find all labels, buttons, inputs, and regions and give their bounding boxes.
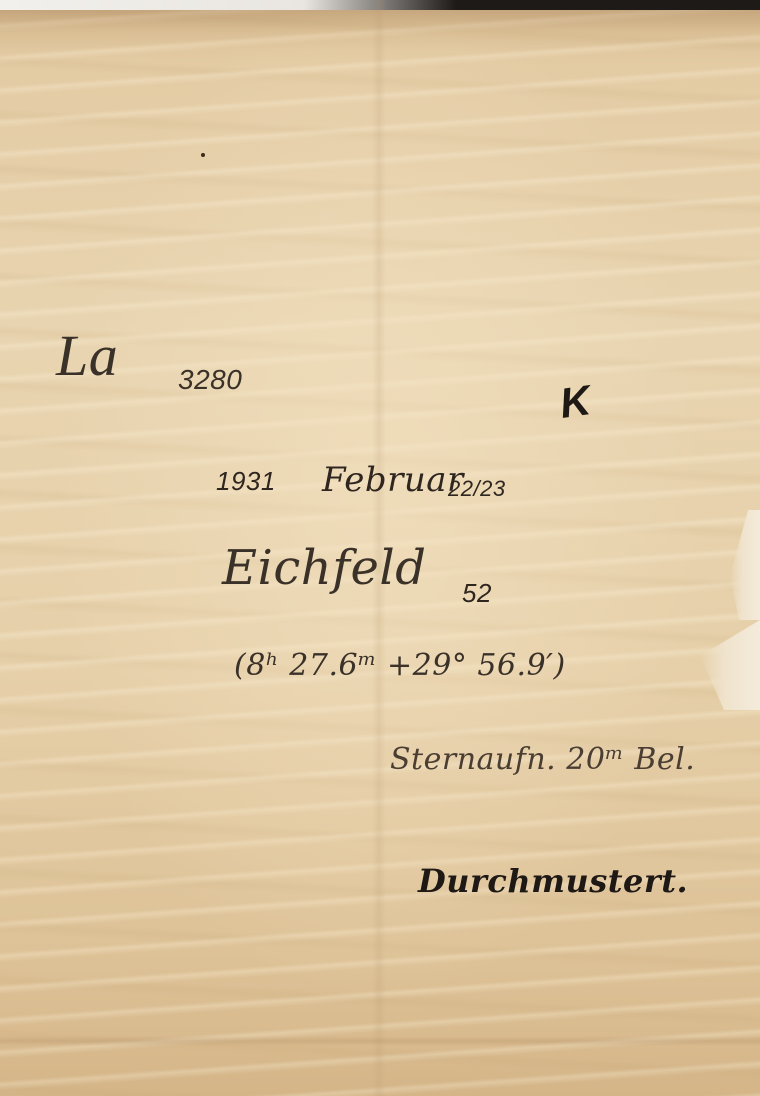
object-zone: 52 (462, 578, 492, 609)
status-note: Durchmustert. (418, 862, 688, 900)
torn-edge-lower (700, 620, 760, 710)
catalog-prefix: La (56, 322, 118, 389)
ink-speck (201, 153, 205, 157)
object-name: Eichfeld (222, 540, 426, 596)
object-coordinates: (8ʰ 27.6ᵐ +29° 56.9′) (234, 648, 566, 683)
observation-days: 22/23 (448, 476, 506, 502)
catalog-number: 3280 (178, 364, 242, 396)
document-page: La 3280 K 1931 Februar 22/23 Eichfeld 52… (0, 0, 760, 1096)
paper-crease-horizontal (0, 1036, 760, 1046)
plate-exposure-note: Sternaufn. 20ᵐ Bel. (390, 742, 695, 777)
observation-year: 1931 (216, 466, 276, 497)
mark-letter: K (557, 376, 594, 428)
observation-month: Februar (322, 460, 464, 500)
torn-edge-upper (730, 510, 760, 620)
